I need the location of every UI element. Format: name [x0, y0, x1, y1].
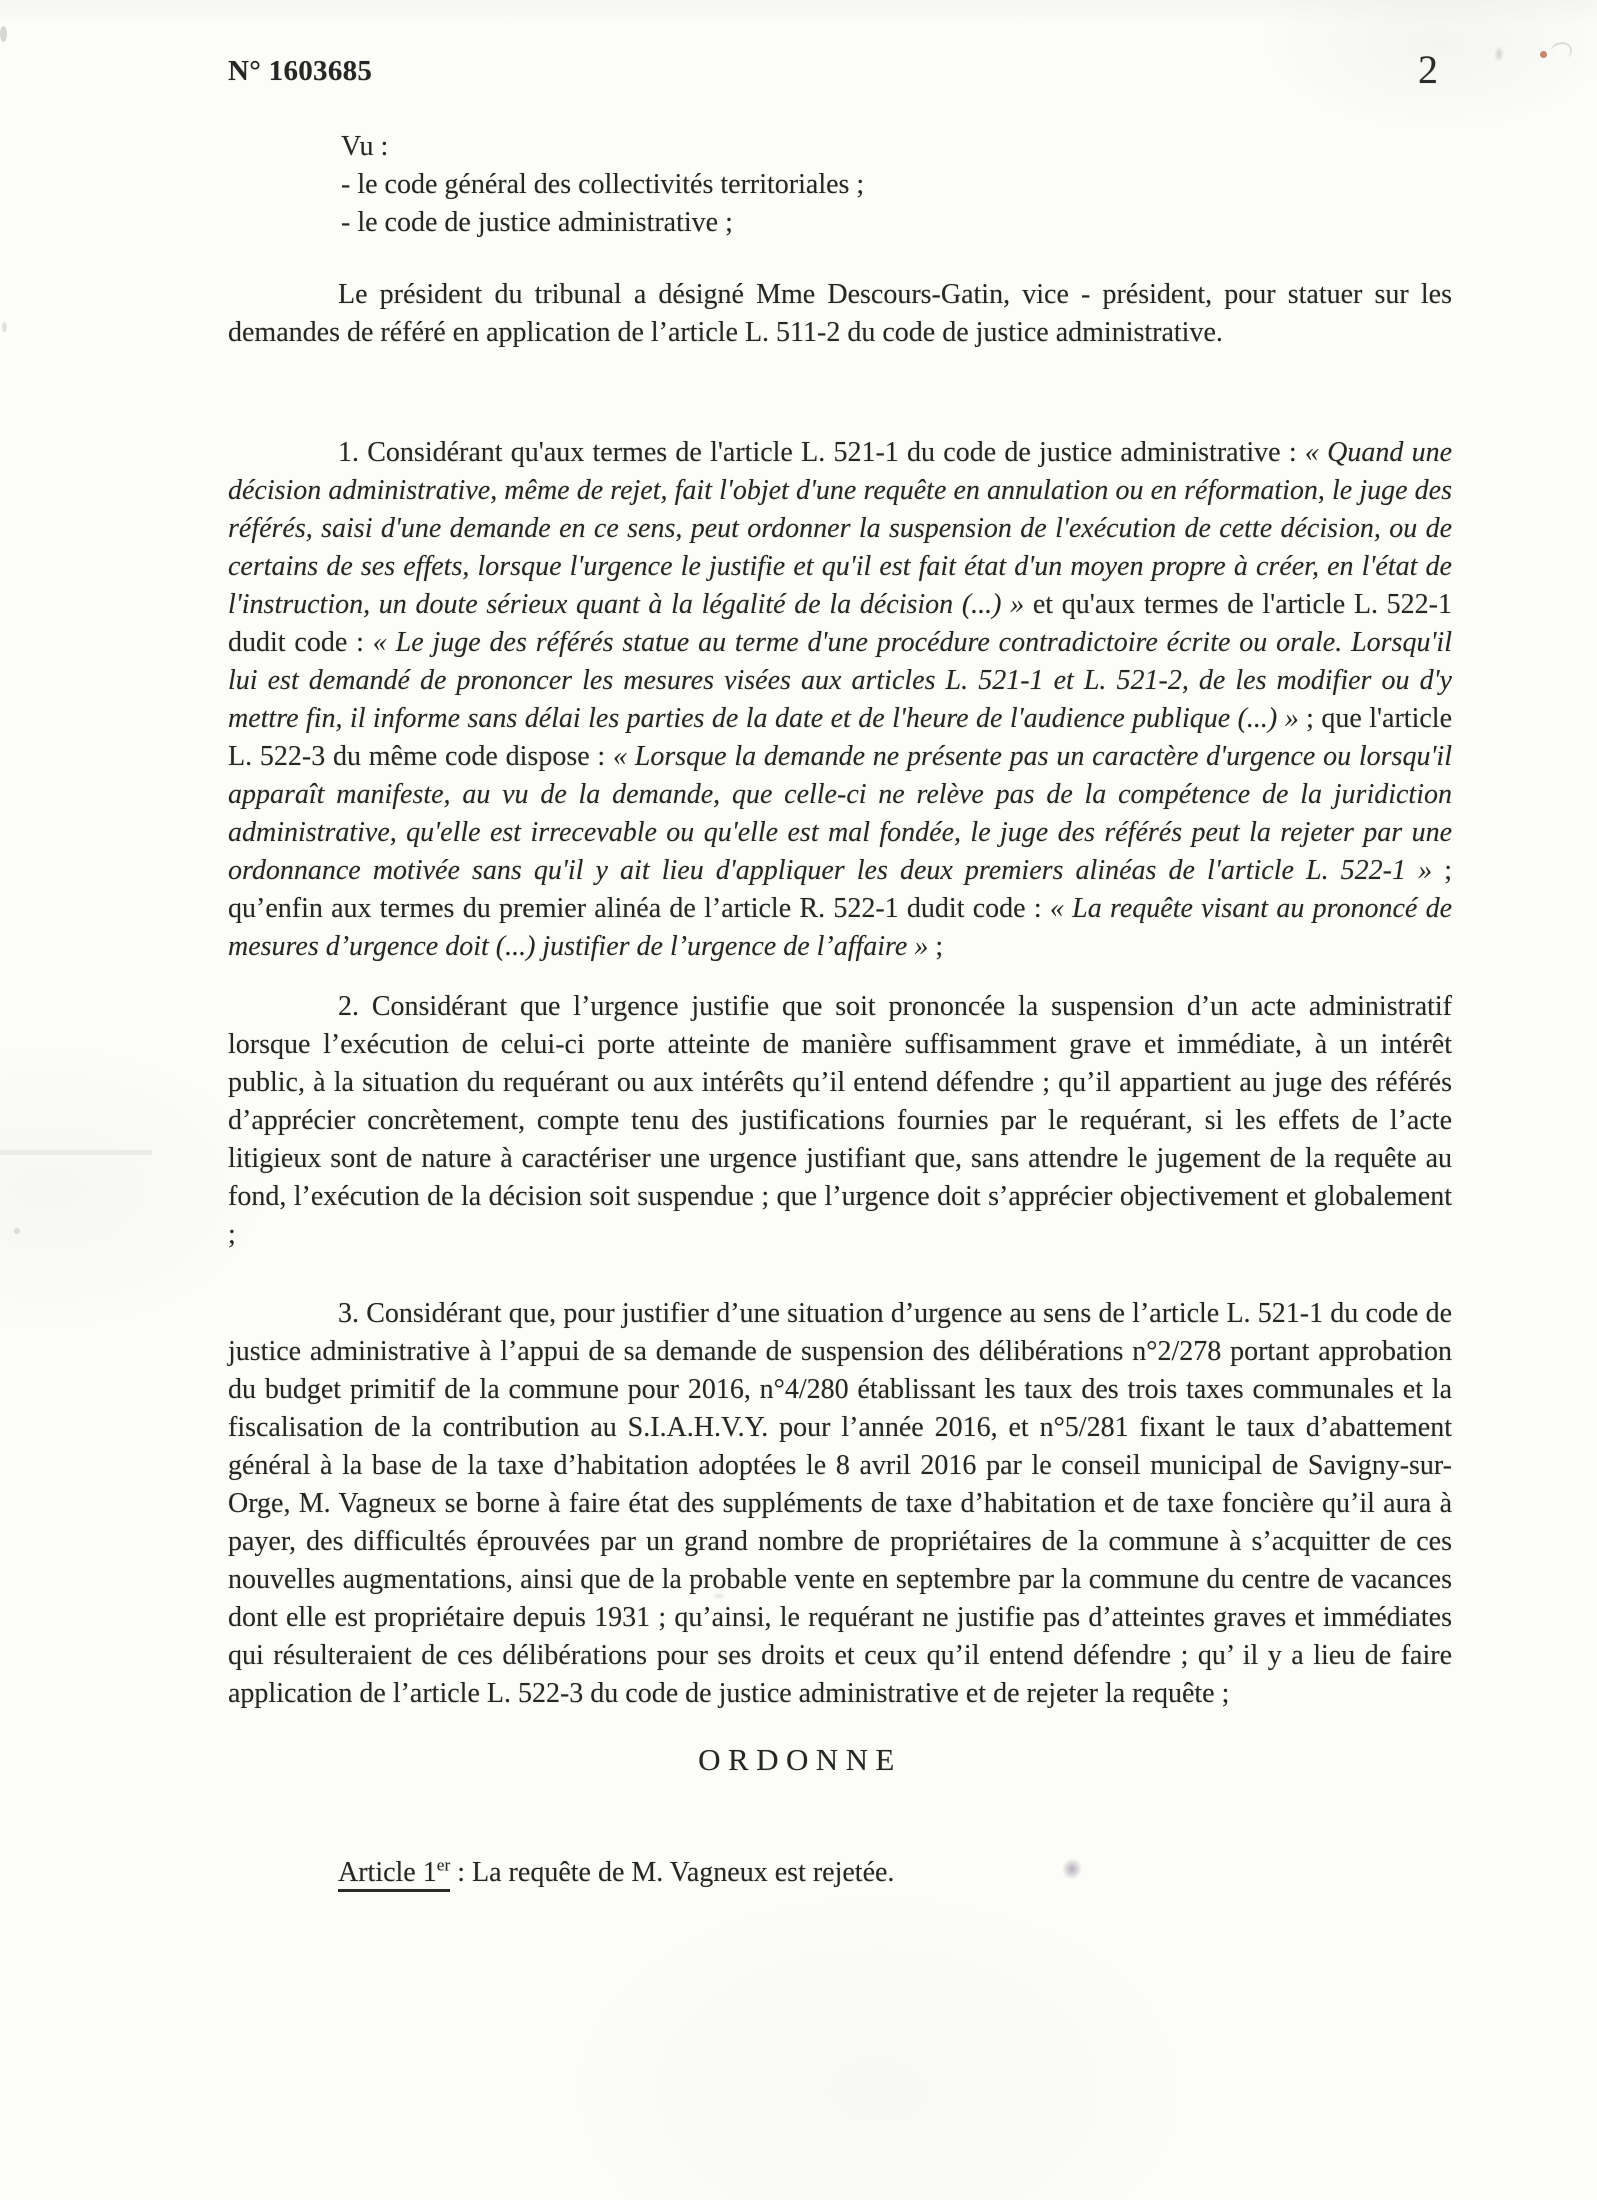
article-1-text: : La requête de M. Vagneux est rejetée.	[450, 1857, 894, 1888]
page-header: N° 1603685	[228, 52, 1452, 90]
scan-mark-orange	[1540, 51, 1547, 58]
scan-speck-left-top	[0, 26, 7, 42]
designation-paragraph: Le président du tribunal a désigné Mme D…	[228, 276, 1452, 352]
considerant-2-paragraph: 2. Considérant que l’urgence justifie qu…	[228, 988, 1452, 1254]
document-content: N° 1603685 Vu : - le code général des co…	[228, 52, 1452, 1892]
article-1-label-text: Article 1	[338, 1857, 437, 1888]
considerant-3-paragraph: 3. Considérant que, pour justifier d’une…	[228, 1295, 1452, 1713]
vu-block: Vu : - le code général des collectivités…	[341, 128, 1452, 242]
considerant-1-intro: 1. Considérant qu'aux termes de l'articl…	[338, 437, 1305, 468]
ordonne-heading: ORDONNE	[188, 1741, 1412, 1779]
considerant-1-paragraph: 1. Considérant qu'aux termes de l'articl…	[228, 434, 1452, 966]
case-number: N° 1603685	[228, 52, 1452, 90]
article-1-label: Article 1er	[338, 1857, 450, 1892]
scan-scribble-top-right	[1550, 40, 1574, 62]
vu-item-code-collectivites: - le code général des collectivités terr…	[341, 166, 1452, 204]
scan-mark-gray	[1494, 46, 1504, 62]
scan-speck-left-mid	[2, 322, 7, 332]
scan-streak-left	[0, 1150, 152, 1155]
vu-item-code-justice: - le code de justice administrative ;	[341, 204, 1452, 242]
quote-article-l522-1: « Le juge des référés statue au terme d'…	[228, 627, 1452, 734]
considerant-1-terminator: ;	[928, 931, 943, 962]
scan-speck-left-lower	[14, 1228, 20, 1234]
article-1-superscript: er	[437, 1856, 451, 1875]
scanned-court-order-page: 2 N° 1603685 Vu : - le code général des …	[0, 0, 1597, 2200]
article-1-paragraph: Article 1er : La requête de M. Vagneux e…	[228, 1854, 1452, 1892]
vu-heading: Vu :	[341, 128, 1452, 166]
